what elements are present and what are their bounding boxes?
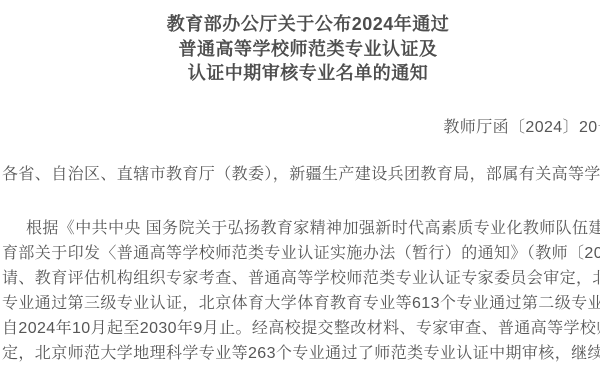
paragraph-line-4: 专业通过第三级专业认证，北京体育大学体育教育专业等613个专业通过第二级专业认证… — [2, 291, 600, 316]
notice-title: 教育部办公厅关于公布2024年通过 普通高等学校师范类专业认证及 认证中期审核专… — [2, 12, 600, 86]
paragraph-line-6: 定，北京师范大学地理科学专业等263个专业通过了师范类专业认证中期审核，继续保持… — [2, 341, 600, 366]
salutation: 各省、自治区、直辖市教育厅（教委），新疆生产建设兵团教育局，部属有关高等学校： — [2, 166, 600, 184]
notice-title-line-3: 认证中期审核专业名单的通知 — [2, 61, 600, 86]
paragraph-line-2: 育部关于印发〈普通高等学校师范类专业认证实施办法（暂行）的通知》（教师〔2017… — [2, 241, 600, 266]
notice-title-line-1: 教育部办公厅关于公布2024年通过 — [2, 12, 600, 37]
paragraph-line-1: 根据《中共中央 国务院关于弘扬教育家精神加强新时代高素质专业化教师队伍建设的意见… — [2, 216, 600, 241]
paragraph-line-5: 自2024年10月起至2030年9月止。经高校提交整改材料、专家审查、普通高等学… — [2, 316, 600, 341]
notice-document: 教育部办公厅关于公布2024年通过 普通高等学校师范类专业认证及 认证中期审核专… — [2, 0, 600, 385]
notice-title-line-2: 普通高等学校师范类专业认证及 — [2, 37, 600, 62]
reference-number: 教师厅函〔2024〕20号 — [2, 119, 600, 136]
body-paragraph: 根据《中共中央 国务院关于弘扬教育家精神加强新时代高素质专业化教师队伍建设的意见… — [2, 216, 600, 366]
paragraph-line-3: 请、教育评估机构组织专家考查、普通高等学校师范类专业认证专家委员会审定，北京师范… — [2, 266, 600, 291]
